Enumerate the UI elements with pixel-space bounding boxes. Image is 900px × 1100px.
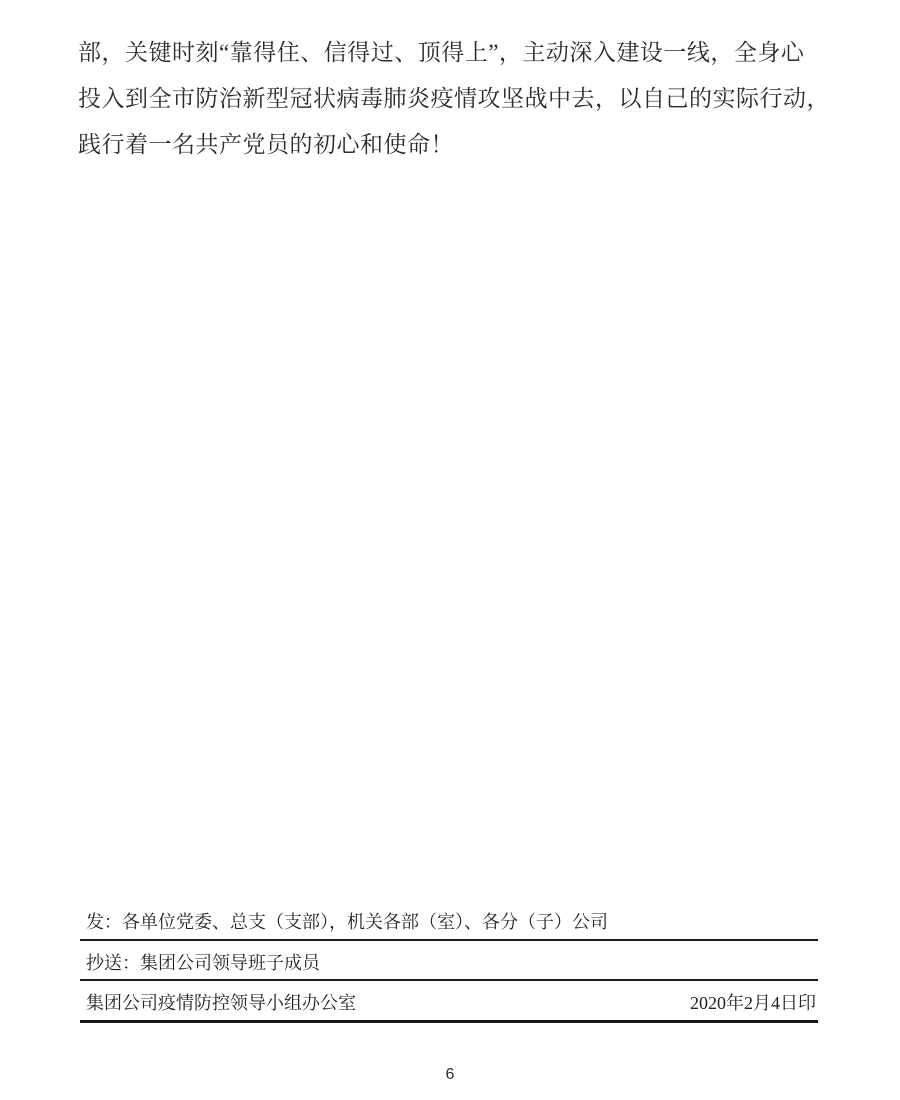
distribution-row: 发：各单位党委、总支（支部），机关各部（室）、各分（子）公司 <box>80 908 818 941</box>
distribution-label: 发： <box>86 912 122 932</box>
colophon-block: 发：各单位党委、总支（支部），机关各部（室）、各分（子）公司 抄送：集团公司领导… <box>80 908 818 1023</box>
body-line: 部，关键时刻“靠得住、信得过、顶得上”，主动深入建设一线，全身心 <box>78 30 820 76</box>
print-date: 2020年2月4日印 <box>690 990 818 1016</box>
issuer-name: 集团公司疫情防控领导小组办公室 <box>86 990 356 1016</box>
page-number: 6 <box>0 1066 900 1084</box>
copy-to-row: 抄送：集团公司领导班子成员 <box>80 941 818 981</box>
copy-to-label: 抄送： <box>86 953 140 973</box>
distribution-text: 各单位党委、总支（支部），机关各部（室）、各分（子）公司 <box>122 912 608 932</box>
body-line: 投入到全市防治新型冠状病毒肺炎疫情攻坚战中去，以自己的实际行动， <box>78 76 820 122</box>
body-line: 践行着一名共产党员的初心和使命！ <box>78 122 820 168</box>
issuer-row: 集团公司疫情防控领导小组办公室 2020年2月4日印 <box>80 981 818 1023</box>
body-paragraph: 部，关键时刻“靠得住、信得过、顶得上”，主动深入建设一线，全身心 投入到全市防治… <box>78 30 820 168</box>
copy-to-text: 集团公司领导班子成员 <box>140 953 320 973</box>
document-page: 部，关键时刻“靠得住、信得过、顶得上”，主动深入建设一线，全身心 投入到全市防治… <box>0 0 900 1100</box>
